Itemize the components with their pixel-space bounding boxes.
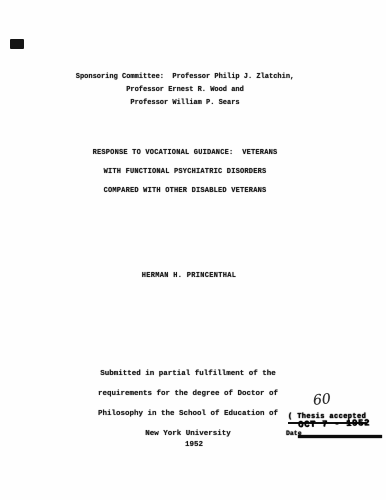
thesis-title-page: Sponsoring Committee: Professor Philip J… (0, 0, 386, 500)
committee-line: Professor William P. Sears (0, 97, 378, 110)
stamp-underline (298, 435, 382, 438)
library-acceptance-stamp: ( Thesis accepted OCT 7 - 1952 Date (286, 413, 386, 445)
stamp-date-text: OCT 7 - 1952 (298, 418, 370, 430)
title-line: COMPARED WITH OTHER DISABLED VETERANS (0, 182, 378, 201)
sponsoring-committee-block: Sponsoring Committee: Professor Philip J… (0, 71, 378, 110)
handwritten-number: 60 (312, 391, 331, 409)
submission-line: Submitted in partial fulfillment of the (0, 364, 381, 384)
committee-line: Professor Ernest R. Wood and (0, 84, 378, 97)
title-line: WITH FUNCTIONAL PSYCHIATRIC DISORDERS (0, 163, 378, 182)
author-name-text: HERMAN H. PRINCENTHAL (0, 272, 382, 280)
scan-corner-artifact (10, 39, 24, 49)
author-name: HERMAN H. PRINCENTHAL (0, 272, 382, 280)
thesis-title: RESPONSE TO VOCATIONAL GUIDANCE: VETERAN… (0, 144, 378, 201)
committee-line: Sponsoring Committee: Professor Philip J… (0, 71, 378, 84)
title-line: RESPONSE TO VOCATIONAL GUIDANCE: VETERAN… (0, 144, 378, 163)
